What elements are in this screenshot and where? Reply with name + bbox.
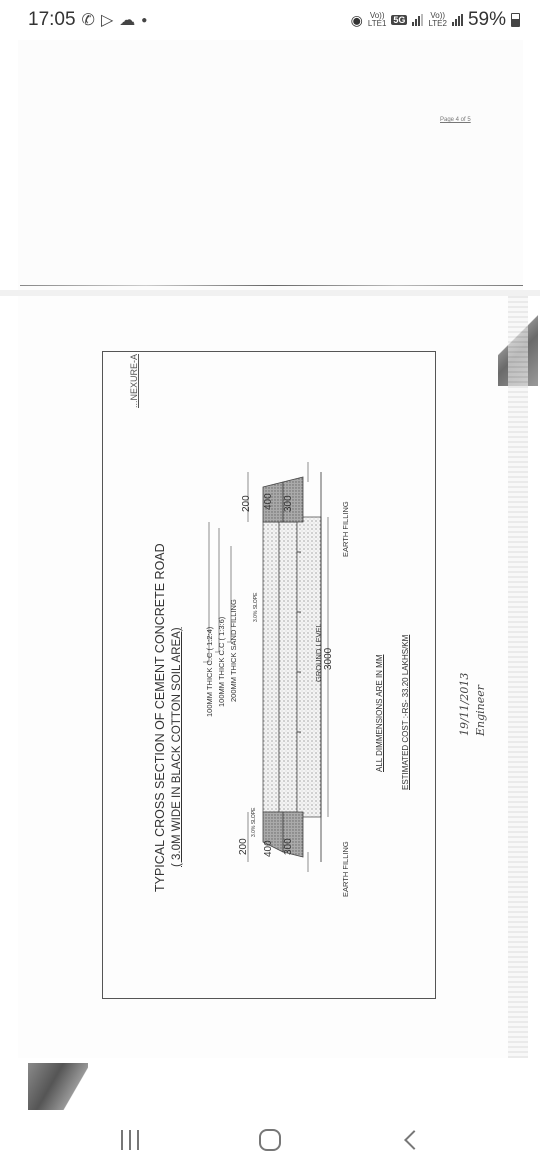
signature-date: 19/11/2013: [458, 673, 471, 736]
current-page[interactable]: ...NEXURE-A TYPICAL CROSS SECTION OF CEM…: [18, 296, 528, 1058]
drawing-frame: ...NEXURE-A TYPICAL CROSS SECTION OF CEM…: [102, 351, 436, 999]
play-store-icon: ▷: [101, 10, 113, 30]
recent-apps-icon: [121, 1130, 139, 1150]
signature-name: Engineer: [474, 685, 487, 736]
battery-percent: 59%: [468, 9, 506, 31]
document-viewer[interactable]: Page 4 of 5 ...NEXURE-A TYPICAL CROSS SE…: [0, 40, 540, 1110]
hotspot-icon: ◉: [351, 12, 363, 29]
page-label: Page 4 of 5: [440, 117, 471, 123]
sim2-indicator: Vo)) LTE2: [428, 12, 447, 28]
dimension-label: 300: [283, 495, 294, 512]
5g-badge: 5G: [391, 15, 407, 25]
dimension-label: 200: [238, 838, 249, 855]
dimension-label: 300: [283, 838, 294, 855]
ground-level-label: GROUND LEVEL: [314, 623, 323, 682]
whatsapp-icon: ✆: [82, 10, 95, 30]
dimension-label: 200: [241, 495, 252, 512]
home-icon: [259, 1129, 281, 1151]
road-width-label: 3000: [323, 648, 334, 670]
estimated-cost: ESTIMATED COST :-RS- 33.20 LAKHS/KM: [401, 635, 410, 790]
status-left: 17:05 ✆ ▷ ☁ ●: [28, 9, 147, 31]
dot-icon: ●: [141, 15, 147, 26]
recent-apps-button[interactable]: [100, 1120, 160, 1160]
dimension-label: 400: [263, 493, 274, 510]
cross-section-diagram: [103, 352, 437, 1000]
back-icon: [404, 1130, 424, 1150]
slope-label: 3.0% SLOPE: [253, 593, 259, 622]
scan-edge: [508, 296, 528, 1058]
previous-page[interactable]: Page 4 of 5: [18, 40, 523, 290]
earth-filling-label: EARTH FILLING: [341, 501, 350, 557]
back-button[interactable]: [380, 1120, 440, 1160]
layer-label: 100MM THICK C.C ( 1:3:6): [217, 617, 226, 707]
sim1-indicator: Vo)) LTE1: [368, 12, 387, 28]
signal-icon: [452, 14, 463, 26]
navigation-bar: [0, 1110, 540, 1170]
signal-icon: [412, 14, 423, 26]
slope-label: 3.0% SLOPE: [251, 808, 257, 837]
scan-shadow: [28, 1063, 88, 1110]
dimensions-note: ALL DIMMENSIONS ARE IN MM: [375, 655, 384, 773]
page-edge: [20, 285, 523, 286]
layer-label: 200MM THICK SAND FILLING: [229, 599, 238, 702]
status-right: ◉ Vo)) LTE1 5G Vo)) LTE2 59%: [351, 9, 520, 31]
earth-filling-label: EARTH FILLING: [341, 841, 350, 897]
clock: 17:05: [28, 9, 76, 31]
dimension-label: 400: [263, 840, 274, 857]
home-button[interactable]: [240, 1120, 300, 1160]
cloud-icon: ☁: [119, 10, 135, 30]
battery-icon: [511, 13, 520, 27]
layer-label: 100MM THICK C.C ( 1:2:4): [205, 627, 214, 717]
status-bar: 17:05 ✆ ▷ ☁ ● ◉ Vo)) LTE1 5G Vo)) LTE2 5…: [0, 0, 540, 40]
